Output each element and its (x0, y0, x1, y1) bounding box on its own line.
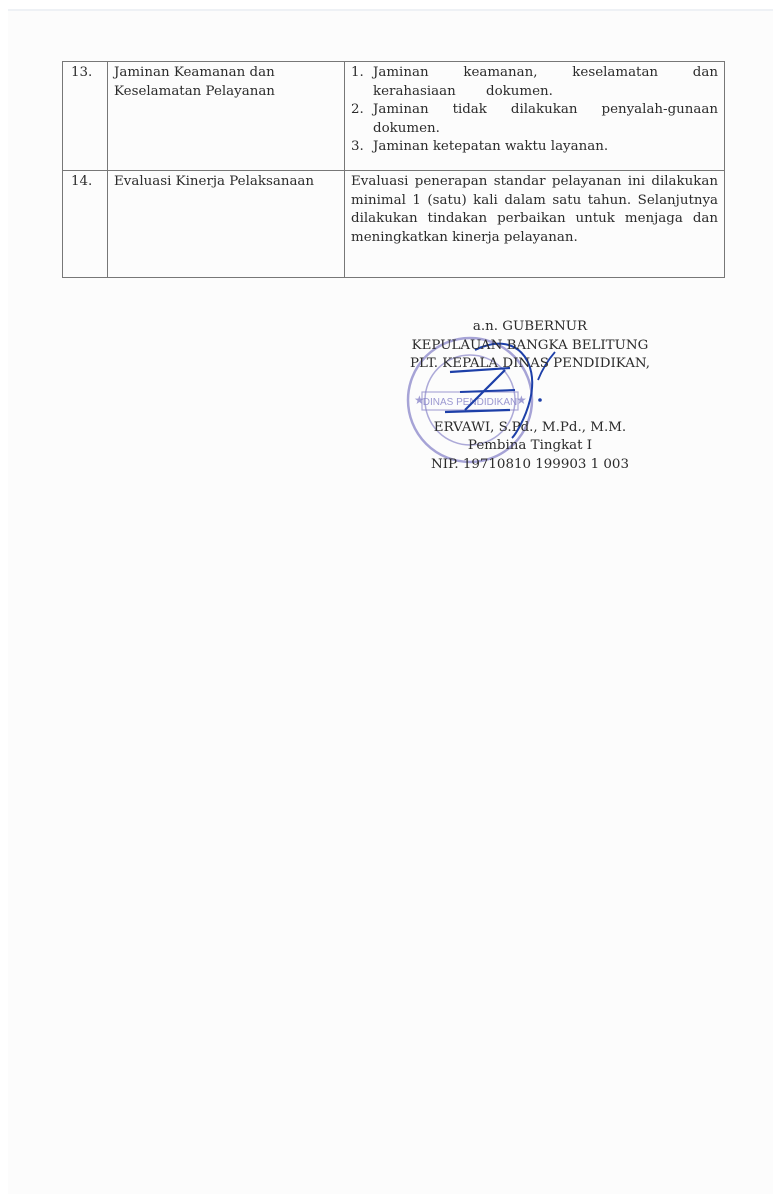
component-description: Evaluasi penerapan standar pelayanan ini… (345, 171, 725, 278)
signatory-rank: Pembina Tingkat I (380, 437, 680, 456)
signatory-name: ERVAWI, S.Pd., M.Pd., M.M. (380, 419, 680, 438)
list-item: 3. Jaminan ketepatan waktu layanan. (351, 138, 718, 157)
table-row: 13. Jaminan Keamanan dan Keselamatan Pel… (63, 62, 725, 171)
component-description: 1. Jaminan keamanan, keselamatan dan ker… (345, 62, 725, 171)
component-name: Jaminan Keamanan dan Keselamatan Pelayan… (108, 62, 345, 171)
list-item: 1. Jaminan keamanan, keselamatan dan ker… (351, 64, 718, 101)
position-line: PLT. KEPALA DINAS PENDIDIKAN, (380, 355, 680, 374)
row-number: 14. (63, 171, 108, 278)
component-name: Evaluasi Kinerja Pelaksanaan (108, 171, 345, 278)
signature-block: a.n. GUBERNUR KEPULAUAN BANGKA BELITUNG … (380, 318, 680, 474)
on-behalf-line: a.n. GUBERNUR (380, 318, 680, 337)
region-line: KEPULAUAN BANGKA BELITUNG (380, 337, 680, 356)
item-list: 1. Jaminan keamanan, keselamatan dan ker… (351, 64, 718, 157)
service-standard-table: 13. Jaminan Keamanan dan Keselamatan Pel… (62, 61, 725, 278)
list-item: 2. Jaminan tidak dilakukan penyalah-guna… (351, 101, 718, 138)
signatory-nip: NIP. 19710810 199903 1 003 (380, 456, 680, 475)
table-row: 14. Evaluasi Kinerja Pelaksanaan Evaluas… (63, 171, 725, 278)
row-number: 13. (63, 62, 108, 171)
